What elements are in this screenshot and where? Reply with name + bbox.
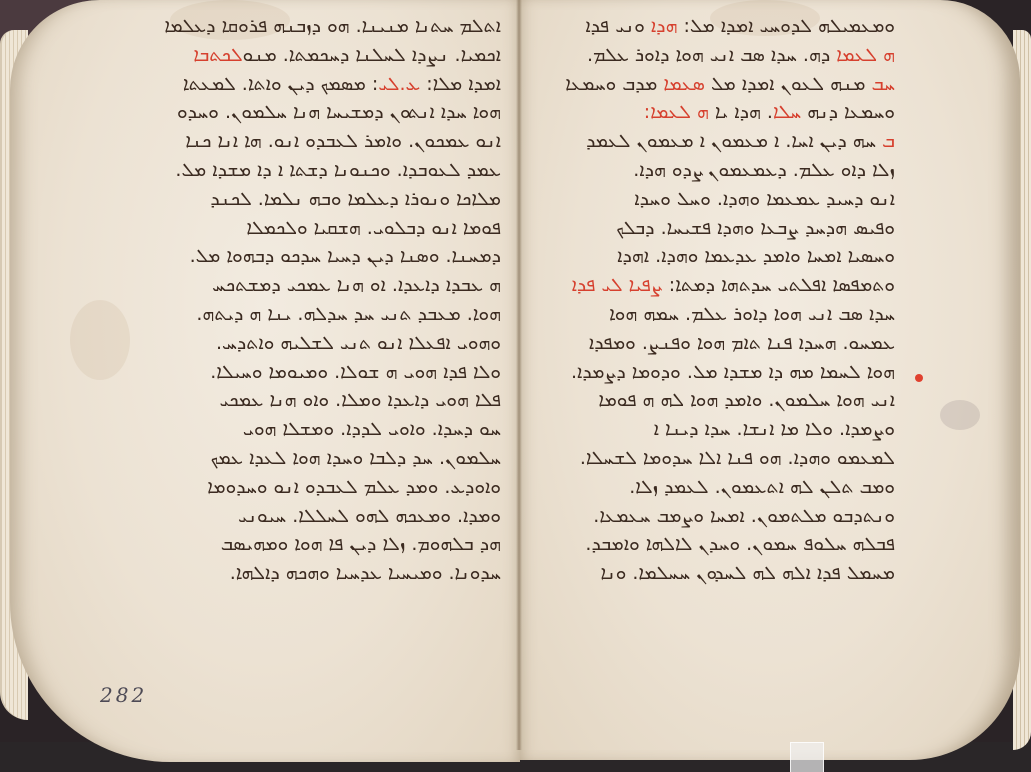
ink-text: ܘܠܐ ܦܕܐ ܗܘܝ ܗ ܫܘܠܐ. ܘܡܝܘܡܐ ܘܚܝܠܐ. xyxy=(210,361,501,383)
manuscript-line: ܗܘܐ ܚܕܐ ܐܢܬܘܢ ܕܡܫܝܚܐ ܗܢܐ ܚܠܡܘܢ. ܘܚܕܘ xyxy=(118,98,501,127)
manuscript-line: ܒ ܚܗ ܕܝܢ ܐܚܐ. ܐ ܡܥܡܘܢ ܐ ܡܥܡܘܢ ܠܥܡܕ xyxy=(555,127,895,156)
manuscript-line: ܦܒܠܗ ܚܠܘܦ ܚܡܘܢ. ܘܚܕܢ ܠܐܠܗܐ ܘܐܡܒܕ. xyxy=(555,530,895,559)
ink-text: ܡܚܡܠ ܦܕܐ ܐܠܗ ܠܗ ܠܚܕܘܢ ܚܚܠܡܐ. ܘܢܐ xyxy=(601,562,895,584)
ink-text: ܘܚܡܥܐ ܕܢܗ xyxy=(801,101,895,123)
ink-text: ܚܘ ܕܚܕܐ. ܘܐܘܝ ܠܕܕܐ. ܘܡܫܠܐ ܗܘܝ xyxy=(243,418,501,440)
ink-text: ܕܡܚܢܐ. ܘܣܢܐ ܕܝܢ ܕܚܝܐ ܚܕܟܘ ܕܒܗܘܐ ܡܠ. xyxy=(190,245,501,267)
ink-text: ܘܢܝ ܦܕܐ xyxy=(585,15,651,37)
ink-text: . ܗܕܐ ܝܐ xyxy=(709,101,773,123)
manuscript-line: ܐܟܡܝܐ. ܢܨܕܐ ܠܚܠܢܐ ܕܚܟܡܬܐ. ܡܢܘܠܟܬܒܐ xyxy=(118,41,501,70)
rubric-text: ܗܕܐ xyxy=(651,15,678,37)
manuscript-line: ܘܡܥܡܝܠܗ ܠܕܘܚܝ ܐܡܕܐ ܡܠ: ܗܕܐ ܘܢܝ ܦܕܐ xyxy=(555,12,895,41)
manuscript-line: ܘܢܬܕܒܘ ܡܠܬܡܘܢ. ܐܡܚܐ ܘܨܡܒ ܚܥܡܥܐ. xyxy=(555,502,895,531)
right-page-text: ܘܡܥܡܝܠܗ ܠܕܘܚܝ ܐܡܕܐ ܡܠ: ܗܕܐ ܘܢܝ ܦܕܐܗ ܠܥܡܐ… xyxy=(555,12,895,588)
ink-text: ܐܟܡܝܐ. ܢܨܕܐ ܠܚܠܢܐ ܕܚܟܡܬܐ. ܡܢܘ xyxy=(243,44,501,66)
ink-text: ܕܗ. ܚܕܐ ܣܒ ܐܢܝ ܗܘܐ ܕܐܘܪ ܥܠܡ. xyxy=(587,44,836,66)
manuscript-photo: ܐܬܠܡ ܚܬܢܐ ܡܢܝܢܐ. ܗܘ ܕܙܒܢܗ ܦܪܘܩܐ ܕܥܠܡܐܐܟܡ… xyxy=(0,0,1031,772)
manuscript-line: ܘܬܡܦܣܐ ܐܦܠܬܝ ܚܕܬܗܐ ܕܡܬܐ: ܨܦܝܐ ܠܝ ܦܕܐ xyxy=(555,271,895,300)
ink-text: ܘܡܒ ܬܠܢ ܠܗ ܐܬܥܡܘܢ. ܠܥܡܕ ܙܠܐ. xyxy=(629,476,895,498)
manuscript-line: ܘܦܝܣ ܗܕܚܕ ܨܒܥܐ ܘܗܕܐ ܦܫܝܚܐ. ܕܒܠܟ xyxy=(555,214,895,243)
manuscript-line: ܘܨܡܕܐ. ܘܠܐ ܡܐ ܐܢܫܐ. ܚܕܐ ܕܝܢܐ ܐ xyxy=(555,415,895,444)
ink-text: ܗܘܐ. ܡܥܒܕ ܬܢܝ ܚܕ ܚܕܠܗ. ܝܢܐ ܗ ܕܝܬܗ. xyxy=(196,303,501,325)
ink-text: ܘܚܣܝܐ ܐܡܚܐ ܘܐܡܕ ܥܕܥܡܐ ܘܗܕܐ. ܐܗܕܐ xyxy=(617,245,895,267)
ink-text: ܐܢܝ ܗܘܐ ܚܠܡܘܢ. ܘܐܡܕ ܗܘܐ ܠܗ ܗ ܦܘܡܐ xyxy=(598,389,895,411)
manuscript-line: ܐܢܝ ܗܘܐ ܚܠܡܘܢ. ܘܐܡܕ ܗܘܐ ܠܗ ܗ ܦܘܡܐ xyxy=(555,386,895,415)
manuscript-line: ܘܐܘܕܥ. ܘܡܕ ܥܠܡ ܠܥܒܕܘ ܐܢܘ ܘܚܕܘܡܐ xyxy=(118,473,501,502)
manuscript-line: ܠܡܥܡܘ ܘܗܕܐ. ܗܘ ܦܢܐ ܐܠܐ ܚܕܘܡܐ ܠܫܚܠܐ. xyxy=(555,444,895,473)
manuscript-line: ܘܚܣܝܐ ܐܡܚܐ ܘܐܡܕ ܥܕܥܡܐ ܘܗܕܐ. ܐܗܕܐ xyxy=(555,242,895,271)
manuscript-line: ܘܠܐ ܦܕܐ ܗܘܝ ܗ ܫܘܠܐ. ܘܡܝܘܡܐ ܘܚܝܠܐ. xyxy=(118,358,501,387)
manuscript-line: ܥܡܕ ܠܥܘܒܕܐ. ܘܟܢܘܢܐ ܕܫܬܐ ܐ ܕܐ ܡܫܕܐ ܡܠ. xyxy=(118,156,501,185)
ink-text: ܘܡܕܐ. ܘܡܥܟܗ ܠܗܘ ܠܚܠܠܐ. ܚܝܘܢܝ xyxy=(238,505,501,527)
ink-text: ܚܗ ܕܝܢ ܐܚܐ. ܐ ܡܥܡܘܢ ܐ ܡܥܡܘܢ ܠܥܡܕ xyxy=(586,130,882,152)
ink-text: ܘܗܘܝ ܐܦܥܠܐ ܐܢܘ ܬܢܝ ܠܫܠܝܗ ܘܐܬܕܚ. xyxy=(216,332,501,354)
manuscript-line: ܘܡܒ ܬܠܢ ܠܗ ܐܬܥܡܘܢ. ܠܥܡܕ ܙܠܐ. xyxy=(555,473,895,502)
manuscript-line: ܗܕ ܒܠܗܘܡ. ܙܠܐ ܕܝܢ ܦܐ ܗܘܐ ܘܡܗܝܣܒ xyxy=(118,530,501,559)
manuscript-line: ܗܘܐ. ܡܥܒܕ ܬܢܝ ܚܕ ܚܕܠܗ. ܝܢܐ ܗ ܕܝܬܗ. xyxy=(118,300,501,329)
ink-text: ܘܬܡܦܣܐ ܐܦܠܬܝ ܚܕܬܗܐ ܕܡܬܐ: xyxy=(663,274,895,296)
rubric-text: ܣܥܡܐ xyxy=(663,73,705,95)
rubric-text: ܥ.ܠܝ xyxy=(378,73,420,95)
ink-text: ܚܕܐ ܣܒ ܐܢܝ ܗܘܐ ܕܐܘܪ ܥܠܡ. ܚܡܗ ܗܘܐ xyxy=(609,303,895,325)
tape-strip xyxy=(790,742,824,772)
ink-text: ܐܬܠܡ ܚܬܢܐ ܡܢܝܢܐ. ܗܘ ܕܙܒܢܗ ܦܪܘܩܐ ܕܥܠܡܐ xyxy=(164,15,501,37)
manuscript-line: ܚܘ ܕܚܕܐ. ܘܐܘܝ ܠܕܕܐ. ܘܡܫܠܐ ܗܘܝ xyxy=(118,415,501,444)
manuscript-line: ܙܠܐ ܕܐܘ ܥܠܡ. ܕܥܡܥܡܘܢ ܨܕܘ ܗܕܐ. xyxy=(555,156,895,185)
left-page-text: ܐܬܠܡ ܚܬܢܐ ܡܢܝܢܐ. ܗܘ ܕܙܒܢܗ ܦܪܘܩܐ ܕܥܠܡܐܐܟܡ… xyxy=(118,12,501,588)
ink-text: ܡܠܐܟܐ ܘܢܘܪܐ ܕܥܠܡܐ ܘܒܗ ܢܠܡܐ. ܠܟܢܕ xyxy=(210,188,501,210)
folio-number: 282 xyxy=(100,683,147,707)
ink-text: ܥܡܚܘ. ܗܚܕܐ ܦܢܐ ܬܐܡ ܗܘܐ ܘܦܢܨ. ܘܡܦܕܐ xyxy=(589,332,895,354)
manuscript-line: ܐܡܕܐ ܡܠܐ: ܥ.ܠܝ: ܡܣܡܟ ܕܝܢ ܘܐܬܐ. ܠܡܥܬܐ xyxy=(118,70,501,99)
rubric-text: ܠܟܬܒܐ xyxy=(193,44,242,66)
ink-text: ܘܦܝܣ ܗܕܚܕ ܨܒܥܐ ܘܗܕܐ ܦܫܝܚܐ. ܕܒܠܟ xyxy=(616,217,895,239)
manuscript-line: ܗܘܐ ܠܚܡܐ ܡܗ ܕܐ ܡܫܕܐ ܡܠ. ܘܕܘܡܐ ܕܨܡܕܐ. xyxy=(555,358,895,387)
rubric-text: ܨܦܝܐ ܠܝ ܦܕܐ xyxy=(572,274,663,296)
manuscript-line: ܗ ܥܒܕܐ ܕܐܥܕܐ. ܐܘ ܗܢܐ ܥܡܟܝ ܕܡܫܬܟܚ xyxy=(118,271,501,300)
ink-text: ܚܕܘܢܐ. ܘܡܝܚܝܐ ܥܕܚܝܐ ܘܗܟܗ ܕܐܠܗܐ. xyxy=(230,562,501,584)
ink-text: ܡܕܒ ܘܚܡܥܐ xyxy=(565,73,663,95)
manuscript-line: ܚܕܘܢܐ. ܘܡܝܚܝܐ ܥܕܚܝܐ ܘܗܟܗ ܕܐܠܗܐ. xyxy=(118,559,501,588)
rubric-text: ܚܒ xyxy=(871,73,895,95)
stain xyxy=(940,400,980,430)
ink-text: ܘܢܬܕܒܘ ܡܠܬܡܘܢ. ܐܡܚܐ ܘܨܡܒ ܚܥܡܥܐ. xyxy=(593,505,895,527)
ink-text: ܘܐܘܕܥ. ܘܡܕ ܥܠܡ ܠܥܒܕܘ ܐܢܘ ܘܚܕܘܡܐ xyxy=(207,476,501,498)
ink-text: ܡܢܗ ܠܥܘܢ ܐܡܕܐ ܡܠ xyxy=(705,73,872,95)
rubric-dot xyxy=(915,374,923,382)
ink-text: ܦܠܐ ܗܘܝ ܕܐܥܕܐ ܘܡܠܐ. ܘܐܘ ܗܢܐ ܥܡܟܝ xyxy=(220,389,502,411)
rubric-text: ܗ ܠܥܡܐ xyxy=(836,44,895,66)
manuscript-line: ܦܘܡܐ ܐܢܘ ܕܒܠܘܝ. ܗܫܩܝܐ ܘܠܟܡܠܐ xyxy=(118,214,501,243)
manuscript-line: ܘܚܡܥܐ ܕܢܗ ܚܠܐ. ܗܕܐ ܝܐ ܗ ܠܥܡܐ: xyxy=(555,98,895,127)
ink-text: ܘܡܥܡܝܠܗ ܠܕܘܚܝ ܐܡܕܐ ܡܠ: xyxy=(677,15,895,37)
ink-text: ܗܘܐ ܚܕܐ ܐܢܬܘܢ ܕܡܫܝܚܐ ܗܢܐ ܚܠܡܘܢ. ܘܚܕܘ xyxy=(177,101,501,123)
ink-text: ܐܢܘ ܥܡܟܘܢ. ܘܐܡܪ ܠܥܒܕܘ ܐܢܘ. ܗܐ ܐܢܐ ܟܢܐ xyxy=(185,130,501,152)
manuscript-line: ܐܬܠܡ ܚܬܢܐ ܡܢܝܢܐ. ܗܘ ܕܙܒܢܗ ܦܪܘܩܐ ܕܥܠܡܐ xyxy=(118,12,501,41)
manuscript-line: ܘܡܕܐ. ܘܡܥܟܗ ܠܗܘ ܠܚܠܠܐ. ܚܝܘܢܝ xyxy=(118,502,501,531)
manuscript-line: ܚܒ ܡܢܗ ܠܥܘܢ ܐܡܕܐ ܡܠ ܣܥܡܐ ܡܕܒ ܘܚܡܥܐ xyxy=(555,70,895,99)
ink-text: ܗܕ ܒܠܗܘܡ. ܙܠܐ ܕܝܢ ܦܐ ܗܘܐ ܘܡܗܝܣܒ xyxy=(221,533,501,555)
rubric-text: ܚܠܐ xyxy=(773,101,801,123)
manuscript-line: ܚܠܡܘܢ. ܚܕ ܕܠܒܐ ܘܚܕܐ ܗܘܐ ܠܥܕܐ ܥܡܟ xyxy=(118,444,501,473)
manuscript-line: ܘܗܘܝ ܐܦܥܠܐ ܐܢܘ ܬܢܝ ܠܫܠܝܗ ܘܐܬܕܚ. xyxy=(118,329,501,358)
manuscript-line: ܐܢܘ ܥܡܟܘܢ. ܘܐܡܪ ܠܥܒܕܘ ܐܢܘ. ܗܐ ܐܢܐ ܟܢܐ xyxy=(118,127,501,156)
ink-text: ܙܠܐ ܕܐܘ ܥܠܡ. ܕܥܡܥܡܘܢ ܨܕܘ ܗܕܐ. xyxy=(633,159,895,181)
ink-text: : ܡܣܡܟ ܕܝܢ ܘܐܬܐ. ܠܡܥܬܐ xyxy=(183,73,378,95)
manuscript-line: ܐܢܘ ܕܚܝܕ ܥܡܥܡܐ ܘܗܕܐ. ܘܚܠ ܘܚܕܐ xyxy=(555,185,895,214)
rubric-text: ܗ ܠܥܡܐ: xyxy=(644,101,709,123)
ink-text: ܘܨܡܕܐ. ܘܠܐ ܡܐ ܐܢܫܐ. ܚܕܐ ܕܝܢܐ ܐ xyxy=(654,418,895,440)
ink-text: ܦܒܠܗ ܚܠܘܦ ܚܡܘܢ. ܘܚܕܢ ܠܐܠܗܐ ܘܐܡܒܕ. xyxy=(585,533,895,555)
manuscript-line: ܡܠܐܟܐ ܘܢܘܪܐ ܕܥܠܡܐ ܘܒܗ ܢܠܡܐ. ܠܟܢܕ xyxy=(118,185,501,214)
manuscript-line: ܡܚܡܠ ܦܕܐ ܐܠܗ ܠܗ ܠܚܕܘܢ ܚܚܠܡܐ. ܘܢܐ xyxy=(555,559,895,588)
ink-text: ܐܢܘ ܕܚܝܕ ܥܡܥܡܐ ܘܗܕܐ. ܘܚܠ ܘܚܕܐ xyxy=(634,188,895,210)
manuscript-line: ܥܡܚܘ. ܗܚܕܐ ܦܢܐ ܬܐܡ ܗܘܐ ܘܦܢܨ. ܘܡܦܕܐ xyxy=(555,329,895,358)
manuscript-line: ܗ ܠܥܡܐ ܕܗ. ܚܕܐ ܣܒ ܐܢܝ ܗܘܐ ܕܐܘܪ ܥܠܡ. xyxy=(555,41,895,70)
ink-text: ܦܘܡܐ ܐܢܘ ܕܒܠܘܝ. ܗܫܩܝܐ ܘܠܟܡܠܐ xyxy=(246,217,501,239)
gutter xyxy=(516,0,522,750)
ink-text: ܠܡܥܡܘ ܘܗܕܐ. ܗܘ ܦܢܐ ܐܠܐ ܚܕܘܡܐ ܠܫܚܠܐ. xyxy=(580,447,895,469)
ink-text: ܗܘܐ ܠܚܡܐ ܡܗ ܕܐ ܡܫܕܐ ܡܠ. ܘܕܘܡܐ ܕܨܡܕܐ. xyxy=(571,361,895,383)
ink-text: ܗ ܥܒܕܐ ܕܐܥܕܐ. ܐܘ ܗܢܐ ܥܡܟܝ ܕܡܫܬܟܚ xyxy=(212,274,501,296)
rubric-text: ܒ xyxy=(882,130,895,152)
manuscript-line: ܚܕܐ ܣܒ ܐܢܝ ܗܘܐ ܕܐܘܪ ܥܠܡ. ܚܡܗ ܗܘܐ xyxy=(555,300,895,329)
ink-text: ܚܠܡܘܢ. ܚܕ ܕܠܒܐ ܘܚܕܐ ܗܘܐ ܠܥܕܐ ܥܡܟ xyxy=(211,447,501,469)
manuscript-line: ܕܡܚܢܐ. ܘܣܢܐ ܕܝܢ ܕܚܝܐ ܚܕܟܘ ܕܒܗܘܐ ܡܠ. xyxy=(118,242,501,271)
ink-text: ܐܡܕܐ ܡܠܐ: xyxy=(420,73,501,95)
manuscript-line: ܦܠܐ ܗܘܝ ܕܐܥܕܐ ܘܡܠܐ. ܘܐܘ ܗܢܐ ܥܡܟܝ xyxy=(118,386,501,415)
ink-text: ܥܡܕ ܠܥܘܒܕܐ. ܘܟܢܘܢܐ ܕܫܬܐ ܐ ܕܐ ܡܫܕܐ ܡܠ. xyxy=(175,159,501,181)
